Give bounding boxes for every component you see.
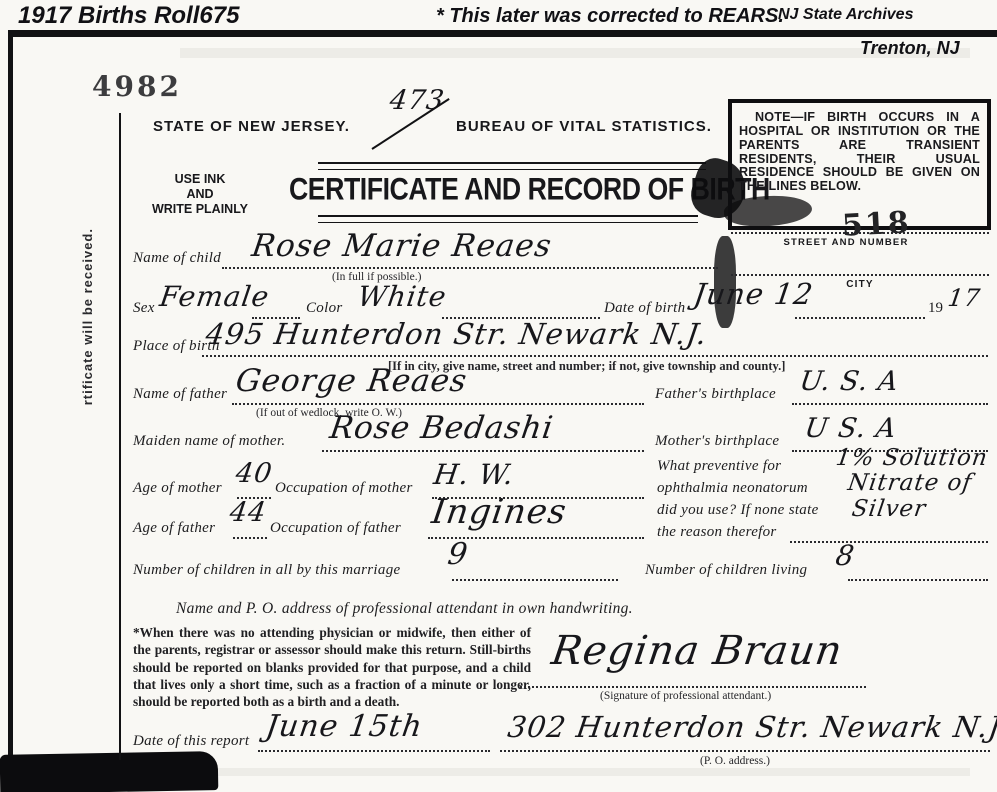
scanned-birth-certificate: 1917 Births Roll675 * This later was cor… bbox=[0, 0, 997, 792]
scan-streak bbox=[180, 48, 970, 58]
color-label: Color bbox=[306, 300, 343, 317]
po-address-value: 302 Hunterdon Str. Newark N.J. bbox=[506, 710, 997, 744]
use-ink-line-2: AND bbox=[140, 187, 260, 202]
occupation-of-mother-value: H. W. bbox=[432, 458, 517, 491]
name-of-father-label: Name of father bbox=[133, 386, 227, 403]
city-line bbox=[731, 273, 989, 276]
children-total-label: Number of children in all by this marria… bbox=[133, 562, 400, 579]
name-of-father-line bbox=[232, 402, 644, 405]
state-heading: STATE OF NEW JERSEY. bbox=[153, 118, 350, 135]
children-total-value: 9 bbox=[446, 537, 471, 572]
archive-name-annotation: NJ State Archives bbox=[778, 6, 913, 24]
signature-line bbox=[520, 685, 866, 688]
left-margin-vertical-text: rtificate will be received. bbox=[80, 228, 95, 528]
color-value: White bbox=[356, 280, 449, 313]
preventive-value-2: Nitrate of bbox=[846, 470, 974, 496]
scan-corner-blob bbox=[0, 751, 218, 792]
attendant-signature: Regina Braun bbox=[549, 628, 846, 674]
date-of-report-value: June 15th bbox=[264, 709, 425, 744]
bureau-heading: BUREAU OF VITAL STATISTICS. bbox=[456, 118, 712, 135]
note-box-text: NOTE—IF BIRTH OCCURS IN A HOSPITAL OR IN… bbox=[739, 111, 980, 194]
sex-label: Sex bbox=[133, 300, 155, 317]
po-address-line bbox=[500, 749, 990, 752]
title-bottom-rule bbox=[318, 215, 698, 223]
use-ink-line-1: USE INK bbox=[140, 172, 260, 187]
preventive-value-3: Silver bbox=[850, 496, 928, 522]
archive-city-annotation: Trenton, NJ bbox=[860, 38, 960, 59]
children-total-line bbox=[452, 578, 618, 581]
sex-value: Female bbox=[158, 280, 272, 313]
preventive-label-4: the reason therefor bbox=[657, 524, 777, 541]
correction-annotation: * This later was corrected to REARS. bbox=[436, 5, 784, 28]
mother-birthplace-value: U S. A bbox=[803, 413, 899, 444]
district-number-handwritten: 473 bbox=[388, 85, 447, 116]
age-of-father-label: Age of father bbox=[133, 520, 215, 537]
mother-birthplace-label: Mother's birthplace bbox=[655, 433, 779, 450]
father-birthplace-value: U. S. A bbox=[798, 366, 901, 397]
age-of-mother-value: 40 bbox=[234, 458, 275, 489]
left-border-rule bbox=[8, 30, 13, 758]
children-living-line bbox=[848, 578, 988, 581]
preventive-label-2: ophthalmia neonatorum bbox=[657, 480, 808, 497]
maiden-name-line bbox=[322, 449, 644, 452]
year-value: 17 bbox=[946, 284, 982, 312]
date-of-birth-label: Date of birth bbox=[604, 300, 685, 317]
po-address-hint: (P. O. address.) bbox=[700, 755, 770, 767]
archive-roll-annotation: 1917 Births Roll675 bbox=[18, 2, 239, 30]
date-of-report-label: Date of this report bbox=[133, 733, 249, 750]
date-of-report-line bbox=[258, 749, 490, 752]
place-of-birth-value: 495 Hunterdon Str. Newark N.J. bbox=[204, 317, 710, 351]
date-of-birth-value: June 12 bbox=[692, 277, 816, 311]
form-left-rule bbox=[119, 113, 121, 760]
title-top-rule bbox=[318, 162, 706, 170]
maiden-name-value: Rose Bedashi bbox=[327, 410, 555, 446]
occupation-of-mother-label: Occupation of mother bbox=[275, 480, 413, 497]
age-of-mother-label: Age of mother bbox=[133, 480, 222, 497]
preventive-label-3: did you use? If none state bbox=[657, 502, 819, 519]
use-ink-line-3: WRITE PLAINLY bbox=[140, 202, 260, 217]
name-of-child-line bbox=[222, 266, 718, 269]
footnote-paragraph: *When there was no attending physician o… bbox=[133, 624, 531, 710]
children-living-label: Number of children living bbox=[645, 562, 807, 579]
name-of-father-value: George Reaes bbox=[233, 363, 469, 399]
certificate-number-stamp: 4982 bbox=[92, 70, 182, 103]
use-ink-block: USE INK AND WRITE PLAINLY bbox=[140, 172, 260, 217]
occupation-of-father-label: Occupation of father bbox=[270, 520, 401, 537]
name-of-child-value: Rose Marie Reaes bbox=[249, 228, 554, 264]
occupation-of-father-value: Ingines bbox=[429, 492, 569, 532]
year-prefix: 19 bbox=[928, 300, 943, 317]
date-of-birth-line bbox=[795, 316, 925, 319]
maiden-name-label: Maiden name of mother. bbox=[133, 433, 285, 450]
age-of-father-line bbox=[233, 536, 267, 539]
preventive-line bbox=[790, 540, 988, 543]
signature-hint: (Signature of professional attendant.) bbox=[600, 690, 771, 702]
children-living-value: 8 bbox=[834, 539, 857, 572]
attendant-heading: Name and P. O. address of professional a… bbox=[176, 600, 633, 618]
name-of-child-label: Name of child bbox=[133, 250, 221, 267]
age-of-father-value: 44 bbox=[228, 497, 269, 528]
father-birthplace-label: Father's birthplace bbox=[655, 386, 776, 403]
place-of-birth-line bbox=[202, 354, 988, 357]
top-border-rule bbox=[8, 30, 997, 37]
preventive-label-1: What preventive for bbox=[657, 458, 781, 475]
preventive-value-1: 1% Solution bbox=[834, 445, 989, 471]
father-birthplace-line bbox=[792, 402, 988, 405]
street-number-caption: STREET AND NUMBER bbox=[731, 237, 961, 248]
vertical-text-label: rtificate will be received. bbox=[80, 228, 95, 405]
